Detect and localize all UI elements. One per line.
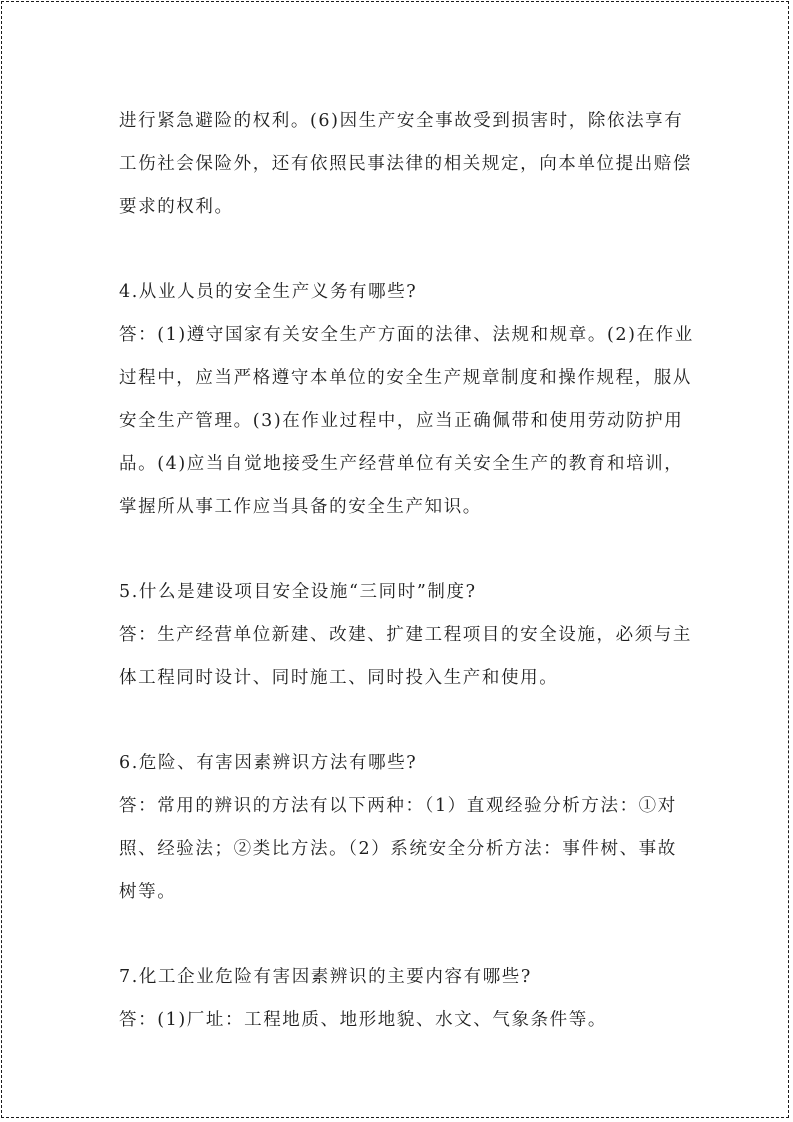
paragraph-gap (119, 529, 675, 571)
paragraph-gap (119, 914, 675, 956)
text-line: 进行紧急避险的权利。(6)因生产安全事故受到损害时，除依法享有 (119, 100, 675, 143)
answer-line: 体工程同时设计、同时施工、同时投入生产和使用。 (119, 657, 675, 700)
answer-line: 过程中，应当严格遵守本单位的安全生产规章制度和操作规程，服从 (119, 357, 675, 400)
paragraph-gap (119, 700, 675, 742)
section-question-7: 7.化工企业危险有害因素辨识的主要内容有哪些? 答：(1)厂址：工程地质、地形地… (119, 956, 675, 1042)
continuation-paragraph: 进行紧急避险的权利。(6)因生产安全事故受到损害时，除依法享有 工伤社会保险外，… (119, 100, 675, 229)
question-heading: 7.化工企业危险有害因素辨识的主要内容有哪些? (119, 956, 675, 999)
answer-line: 安全生产管理。(3)在作业过程中，应当正确佩带和使用劳动防护用 (119, 400, 675, 443)
section-question-5: 5.什么是建设项目安全设施“三同时”制度? 答：生产经营单位新建、改建、扩建工程… (119, 571, 675, 700)
question-heading: 4.从业人员的安全生产义务有哪些? (119, 271, 675, 314)
answer-line: 品。(4)应当自觉地接受生产经营单位有关安全生产的教育和培训， (119, 443, 675, 486)
section-question-6: 6.危险、有害因素辨识方法有哪些? 答：常用的辨识的方法有以下两种：（1）直观经… (119, 742, 675, 914)
section-question-4: 4.从业人员的安全生产义务有哪些? 答：(1)遵守国家有关安全生产方面的法律、法… (119, 271, 675, 529)
answer-line: 掌握所从事工作应当具备的安全生产知识。 (119, 486, 675, 529)
answer-line: 照、经验法；②类比方法。（2）系统安全分析方法：事件树、事故 (119, 828, 675, 871)
text-line: 要求的权利。 (119, 186, 675, 229)
answer-line: 答：常用的辨识的方法有以下两种：（1）直观经验分析方法：①对 (119, 785, 675, 828)
answer-line: 答：(1)厂址：工程地质、地形地貌、水文、气象条件等。 (119, 999, 675, 1042)
document-body: 进行紧急避险的权利。(6)因生产安全事故受到损害时，除依法享有 工伤社会保险外，… (119, 100, 675, 1042)
question-heading: 6.危险、有害因素辨识方法有哪些? (119, 742, 675, 785)
question-heading: 5.什么是建设项目安全设施“三同时”制度? (119, 571, 675, 614)
answer-line: 答：(1)遵守国家有关安全生产方面的法律、法规和规章。(2)在作业 (119, 314, 675, 357)
answer-line: 答：生产经营单位新建、改建、扩建工程项目的安全设施，必须与主 (119, 614, 675, 657)
answer-line: 树等。 (119, 871, 675, 914)
paragraph-gap (119, 229, 675, 271)
text-line: 工伤社会保险外，还有依照民事法律的相关规定，向本单位提出赔偿 (119, 143, 675, 186)
